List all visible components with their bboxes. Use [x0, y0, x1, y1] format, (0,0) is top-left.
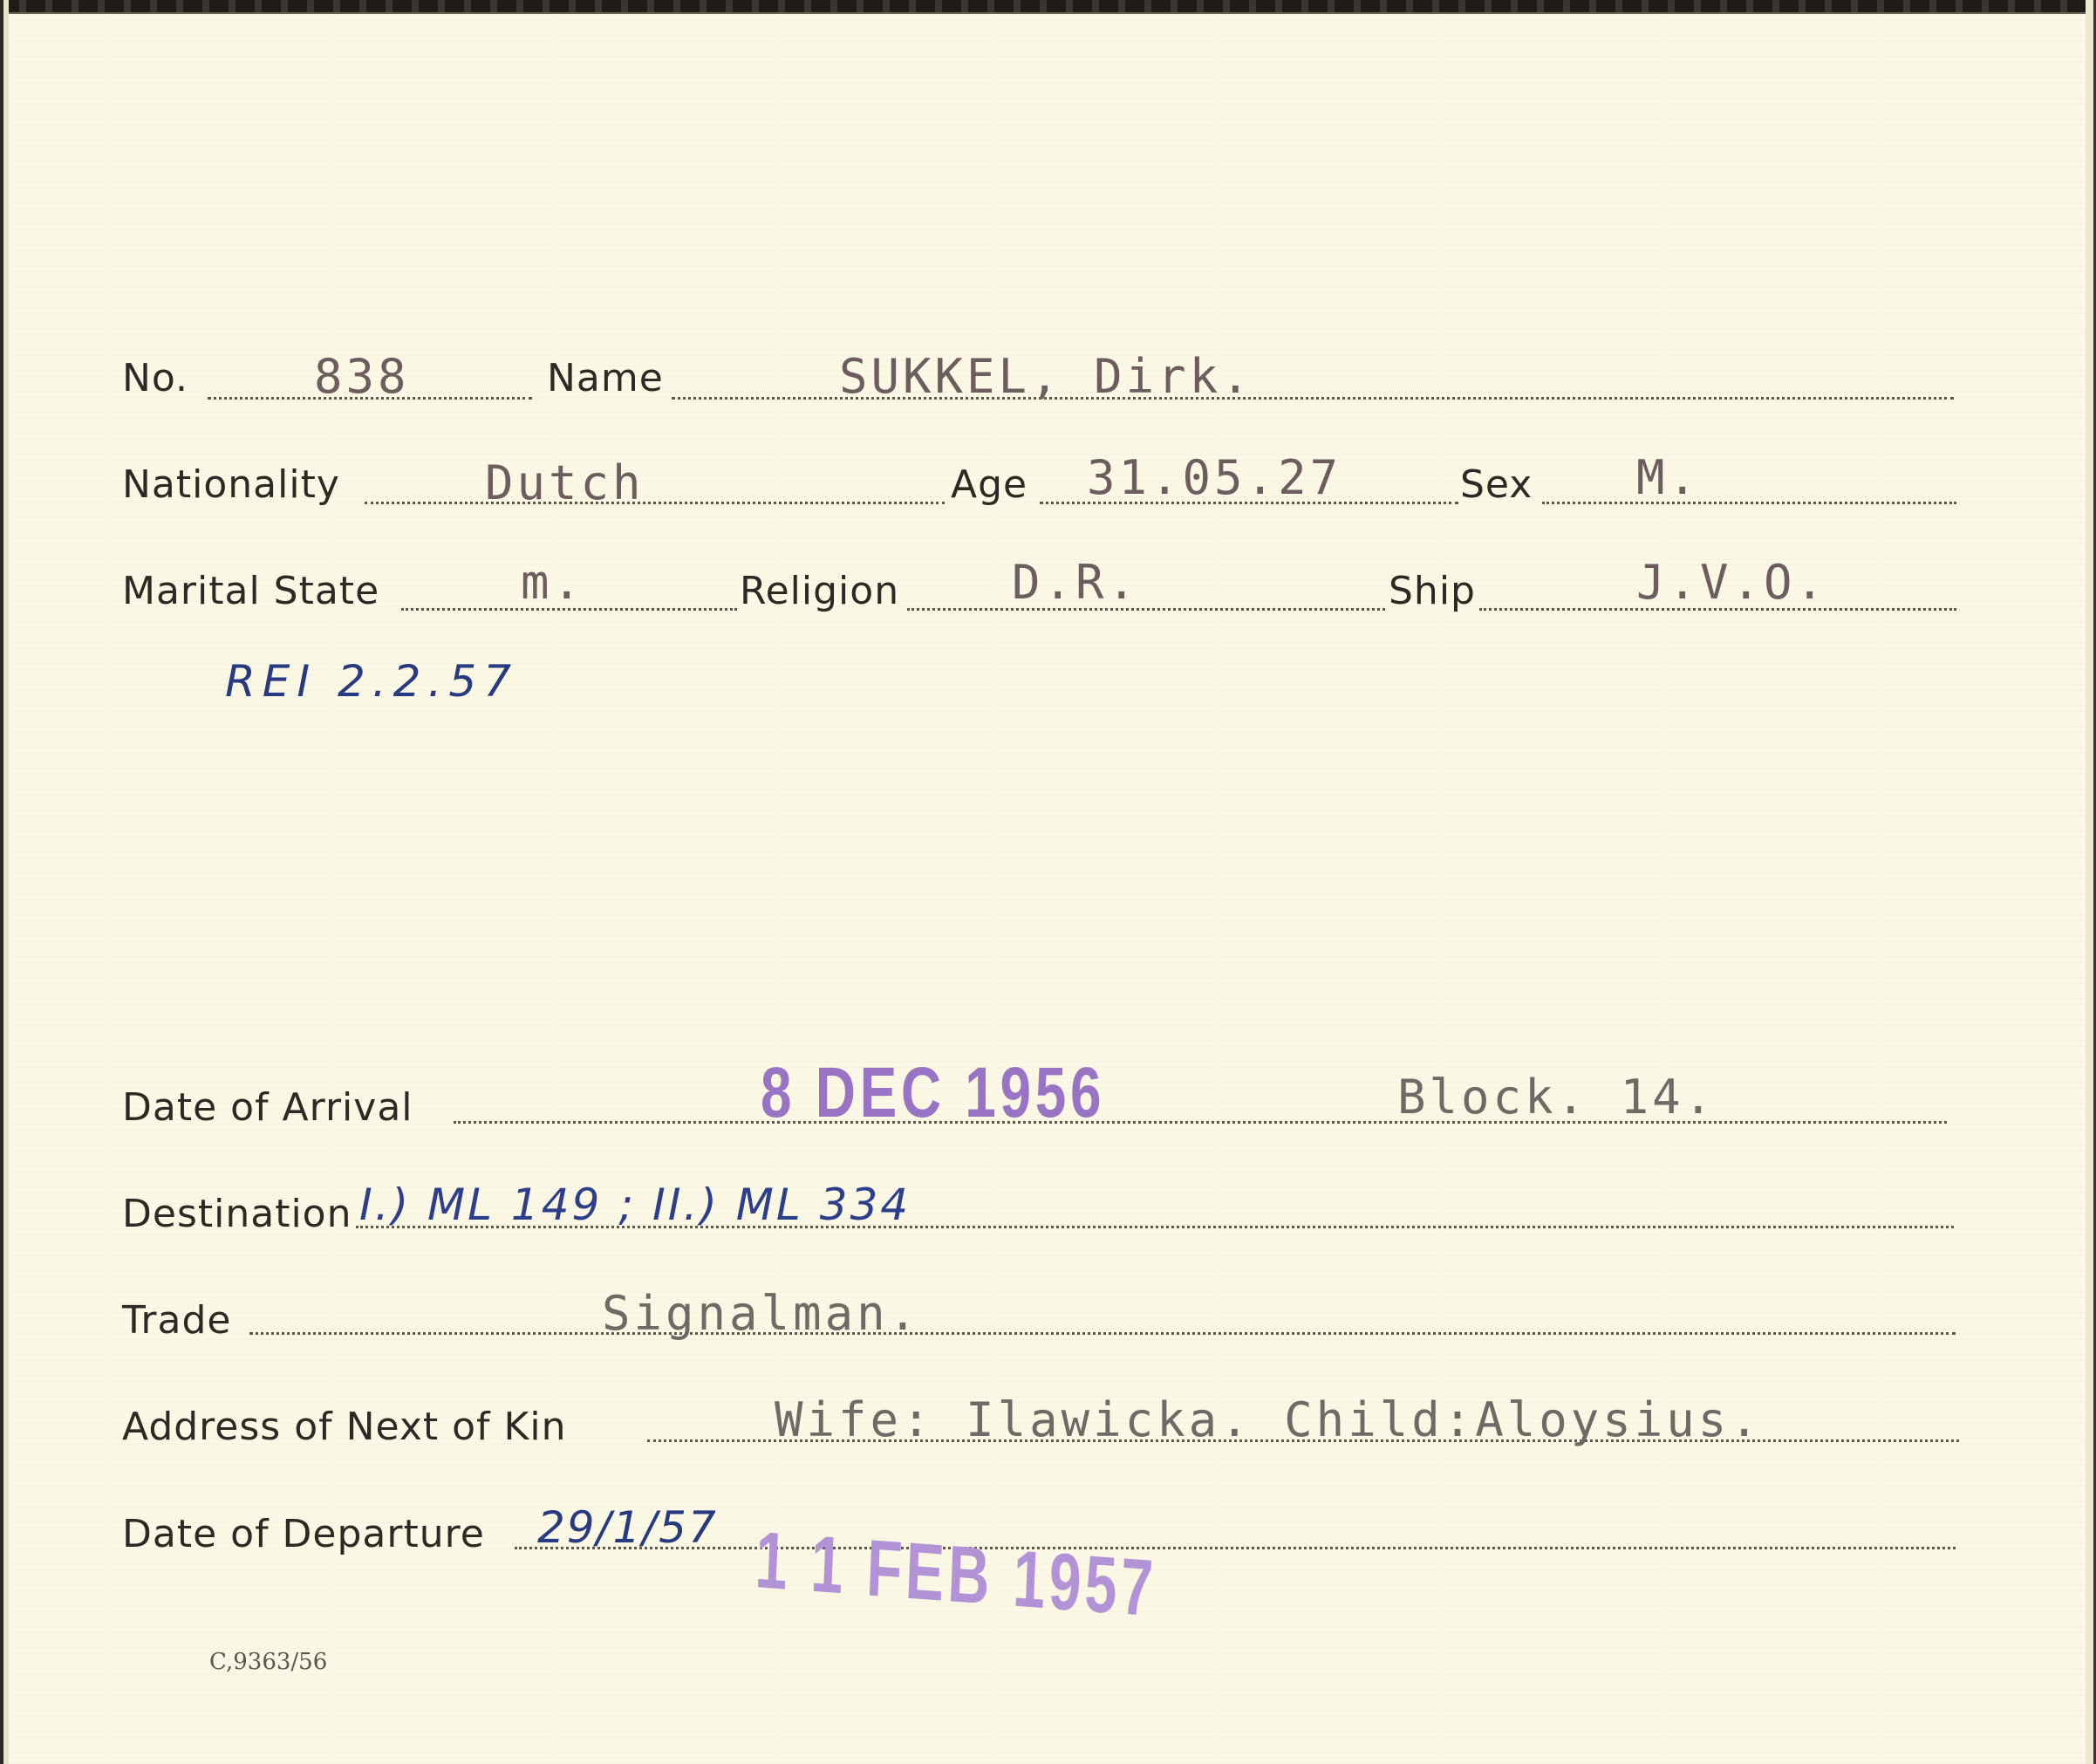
date-of-arrival-label: Date of Arrival	[122, 1085, 413, 1130]
index-card: No. 838 Name SUKKEL, Dirk. Nationality D…	[0, 0, 2096, 1764]
arrival-date-stamp: 8 DEC 1956	[761, 1052, 1105, 1134]
destination-label: Destination	[122, 1192, 352, 1236]
departure-date-stamp: 1 1 FEB 1957	[754, 1514, 1158, 1635]
no-value: 838	[314, 349, 410, 404]
name-value: SUKKEL, Dirk.	[839, 349, 1253, 404]
nationality-value: Dutch	[485, 455, 645, 510]
handwritten-annotation: REI 2.2.57	[225, 656, 518, 707]
next-of-kin-label: Address of Next of Kin	[122, 1405, 566, 1449]
trade-value: Signalman.	[602, 1286, 920, 1341]
religion-label: Religion	[740, 569, 899, 613]
date-of-departure-label: Date of Departure	[122, 1512, 485, 1556]
card-perforated-edge	[0, 0, 2096, 14]
date-of-departure-line	[515, 1547, 1956, 1549]
trade-label: Trade	[122, 1298, 231, 1343]
destination-handwritten: I.) ML 149 ; II.) ML 334	[359, 1179, 911, 1230]
nationality-label: Nationality	[122, 462, 340, 507]
nationality-line	[365, 502, 945, 504]
religion-line	[907, 608, 1385, 611]
next-of-kin-value: Wife: Ilawicka. Child:Aloysius.	[775, 1392, 1762, 1447]
card-right-edge	[2086, 0, 2096, 1764]
block-number: Block. 14.	[1397, 1070, 1716, 1125]
form-code: C,9363/56	[209, 1649, 327, 1675]
date-of-arrival-line	[454, 1121, 1947, 1124]
no-label: No.	[122, 356, 188, 400]
marital-state-label: Marital State	[122, 569, 379, 613]
departure-date-handwritten: 29/1/57	[537, 1502, 718, 1553]
sex-label: Sex	[1460, 462, 1533, 507]
name-label: Name	[547, 356, 664, 400]
age-value: 31.05.27	[1087, 450, 1342, 505]
ship-value: J.V.O.	[1636, 555, 1827, 610]
ship-label: Ship	[1389, 569, 1476, 613]
marital-state-value: m.	[521, 555, 584, 610]
sex-line	[1542, 502, 1956, 504]
religion-value: D.R.	[1012, 555, 1139, 610]
card-left-edge	[0, 0, 9, 1764]
trade-line	[249, 1332, 1956, 1335]
age-label: Age	[951, 462, 1028, 507]
sex-value: M.	[1636, 450, 1700, 505]
